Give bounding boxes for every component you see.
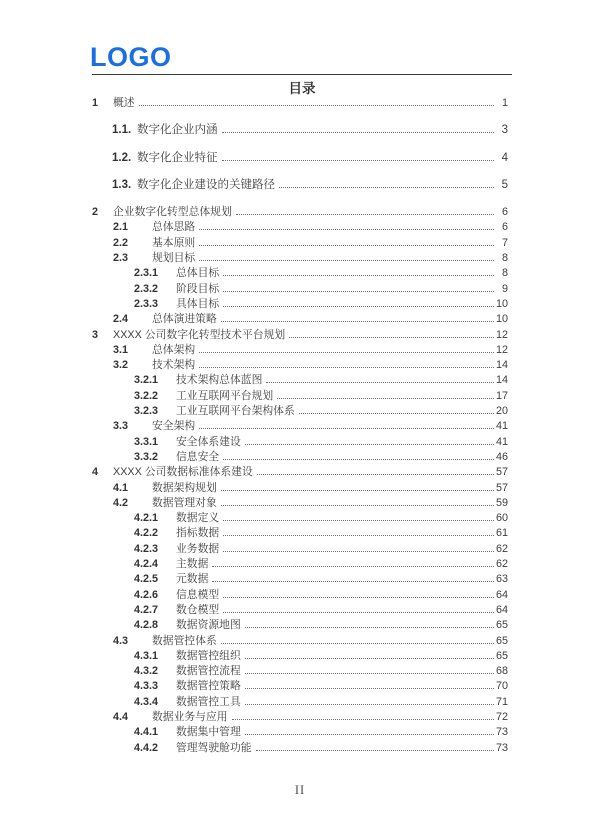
toc-leader-dots (199, 260, 494, 261)
toc-entry-number: 1 (92, 96, 113, 111)
toc-entry-page: 8 (496, 266, 508, 281)
toc-leader-dots (199, 367, 494, 368)
toc-entry-title: 数字化企业内涵 (137, 123, 220, 138)
toc-entry-number: 2.4 (113, 312, 152, 327)
toc-entry-number: 4.2 (113, 496, 152, 511)
toc-leader-dots (299, 413, 494, 414)
toc-entry-title: 技术架构总体蓝图 (176, 373, 264, 388)
toc-entry-title: 工业互联网平台架构体系 (176, 404, 297, 419)
toc-heading: 目录 (92, 77, 512, 97)
toc-entry[interactable]: 2.3规划目标8 (92, 251, 508, 266)
toc-leader-dots (223, 291, 494, 292)
toc-leader-dots (236, 214, 494, 215)
toc-entry-page: 73 (496, 725, 508, 740)
toc-entry-title: 总体目标 (176, 266, 221, 281)
toc-entry[interactable]: 4XXXX 公司数据标准体系建设57 (92, 465, 508, 480)
toc-entry-title: 数据定义 (176, 511, 221, 526)
toc-entry[interactable]: 4.2.6信息模型64 (92, 588, 508, 603)
toc-entry-page: 62 (496, 542, 508, 557)
toc-entry-title: XXXX 公司数字化转型技术平台规划 (113, 328, 287, 343)
toc-entry-title: 数据业务与应用 (152, 710, 230, 725)
toc-entry[interactable]: 4.2数据管理对象59 (92, 496, 508, 511)
toc-entry-number: 1.1. (112, 123, 137, 138)
toc-entry-page: 6 (496, 220, 508, 235)
toc-entry-title: 阶段目标 (176, 282, 221, 297)
toc-entry-title: 数据管控流程 (176, 664, 243, 679)
toc-entry[interactable]: 2.3.1总体目标8 (92, 266, 508, 281)
document-page: LOGO 目录 1概述11.1.数字化企业内涵31.2.数字化企业特征41.3.… (0, 0, 600, 829)
toc-entry-page: 65 (496, 634, 508, 649)
toc-leader-dots (245, 658, 494, 659)
toc-entry[interactable]: 3.2.1技术架构总体蓝图14 (92, 373, 508, 388)
toc-leader-dots (199, 352, 494, 353)
toc-entry[interactable]: 4.4.2管理驾驶舱功能73 (92, 741, 508, 756)
toc-leader-dots (232, 719, 494, 720)
toc-entry-title: 指标数据 (176, 526, 221, 541)
toc-entry-page: 1 (496, 96, 508, 111)
toc-entry-title: 数据架构规划 (152, 481, 219, 496)
toc-entry[interactable]: 3.2.3工业互联网平台架构体系20 (92, 404, 508, 419)
toc-entry-number: 4.2.8 (134, 618, 176, 633)
toc-entry-number: 3.2.1 (134, 373, 176, 388)
toc-entry-number: 4.2.3 (134, 542, 176, 557)
toc-entry-page: 57 (496, 481, 508, 496)
toc-entry-title: 元数据 (176, 572, 210, 587)
toc-entry[interactable]: 4.4数据业务与应用72 (92, 710, 508, 725)
toc-entry-page: 12 (496, 343, 508, 358)
toc-entry-page: 62 (496, 557, 508, 572)
toc-entry-number: 3.1 (113, 343, 152, 358)
toc-entry-title: 数字化企业建设的关键路径 (137, 178, 277, 193)
toc-entry-page: 65 (496, 649, 508, 664)
toc-entry-title: XXXX 公司数据标准体系建设 (113, 465, 255, 480)
toc-entry-page: 65 (496, 618, 508, 633)
toc-entry[interactable]: 2.4总体演进策略10 (92, 312, 508, 327)
toc-entry-number: 4 (92, 465, 113, 480)
toc-entry-number: 4.3.4 (134, 695, 176, 710)
toc-entry-page: 14 (496, 358, 508, 373)
toc-entry-title: 技术架构 (152, 358, 197, 373)
toc-entry-title: 工业互联网平台规划 (176, 389, 275, 404)
toc-entry-number: 3.3.1 (134, 435, 176, 450)
toc-leader-dots (245, 688, 494, 689)
toc-entry-number: 3 (92, 328, 113, 343)
footer-page-number: II (0, 783, 600, 798)
toc-entry-title: 数据管控工具 (176, 695, 243, 710)
toc-entry-page: 41 (496, 419, 508, 434)
toc-entry-title: 信息模型 (176, 588, 221, 603)
toc-entry-title: 数据管控体系 (152, 634, 219, 649)
toc-entry-title: 规划目标 (152, 251, 197, 266)
toc-entry-number: 2.3.1 (134, 266, 176, 281)
toc-entry[interactable]: 1概述1 (92, 96, 508, 111)
toc-entry-title: 数据管控策略 (176, 679, 243, 694)
toc-entry-number: 4.4.1 (134, 725, 176, 740)
toc-entry-number: 4.2.2 (134, 526, 176, 541)
toc-entry-page: 6 (496, 205, 508, 220)
toc-leader-dots (212, 566, 494, 567)
toc-leader-dots (222, 132, 495, 133)
toc-leader-dots (223, 535, 494, 536)
toc-entry-title: 数据集中管理 (176, 725, 243, 740)
toc-entry[interactable]: 4.2.4主数据62 (92, 557, 508, 572)
toc-leader-dots (245, 734, 494, 735)
toc-entry-page: 57 (496, 465, 508, 480)
toc-entry[interactable]: 2.1总体思路6 (92, 220, 508, 235)
toc-entry-title: 总体思路 (152, 220, 197, 235)
toc-entry-number: 1.2. (112, 151, 137, 166)
toc-entry[interactable]: 4.1数据架构规划57 (92, 481, 508, 496)
toc-entry-page: 68 (496, 664, 508, 679)
toc-leader-dots (245, 704, 494, 705)
toc-entry-title: 业务数据 (176, 542, 221, 557)
toc-entry-number: 2.2 (113, 236, 152, 251)
toc-entry-page: 46 (496, 450, 508, 465)
toc-leader-dots (266, 382, 494, 383)
toc-entry-title: 主数据 (176, 557, 210, 572)
toc-entry[interactable]: 4.3数据管控体系65 (92, 634, 508, 649)
toc-entry[interactable]: 3.2技术架构14 (92, 358, 508, 373)
toc-leader-dots (223, 520, 494, 521)
toc-leader-dots (256, 750, 494, 751)
toc-entry-number: 4.2.4 (134, 557, 176, 572)
toc-leader-dots (245, 627, 494, 628)
toc-entry-page: 10 (496, 312, 508, 327)
toc-entry-title: 基本原则 (152, 236, 197, 251)
toc-entry-page: 20 (496, 404, 508, 419)
company-logo: LOGO (90, 44, 172, 71)
toc-entry-page: 59 (496, 496, 508, 511)
toc-entry[interactable]: 2.2基本原则7 (92, 236, 508, 251)
toc-entry-number: 4.2.6 (134, 588, 176, 603)
toc-entry-title: 具体目标 (176, 297, 221, 312)
toc-entry[interactable]: 1.1.数字化企业内涵3 (92, 123, 508, 138)
toc-entry-number: 4.4.2 (134, 741, 176, 756)
toc-entry[interactable]: 4.2.5元数据63 (92, 572, 508, 587)
toc-entry-page: 5 (496, 178, 508, 193)
toc-entry-number: 2.3.3 (134, 297, 176, 312)
toc-entry-number: 4.4 (113, 710, 152, 725)
toc-entry-number: 4.1 (113, 481, 152, 496)
toc-entry[interactable]: 4.3.2数据管控流程68 (92, 664, 508, 679)
toc-leader-dots (257, 474, 494, 475)
toc-entry-number: 3.3.2 (134, 450, 176, 465)
toc-entry[interactable]: 4.2.8数据资源地图65 (92, 618, 508, 633)
toc-entry-page: 71 (496, 695, 508, 710)
toc-leader-dots (222, 160, 495, 161)
toc-entry[interactable]: 4.2.7数仓模型64 (92, 603, 508, 618)
toc-entry-title: 数据管理对象 (152, 496, 219, 511)
toc-entry[interactable]: 4.2.2指标数据61 (92, 526, 508, 541)
toc-entry-number: 2.3.2 (134, 282, 176, 297)
toc-leader-dots (277, 398, 494, 399)
toc-leader-dots (199, 245, 494, 246)
toc-entry-page: 73 (496, 741, 508, 756)
toc-entry-number: 2.3 (113, 251, 152, 266)
toc-leader-dots (212, 581, 494, 582)
toc-entry-number: 2 (92, 205, 113, 220)
toc-entry-title: 管理驾驶舱功能 (176, 741, 254, 756)
toc-entry-title: 信息安全 (176, 450, 221, 465)
toc-entry-title: 安全架构 (152, 419, 197, 434)
toc-entry-page: 14 (496, 373, 508, 388)
toc-entry[interactable]: 4.3.4数据管控工具71 (92, 695, 508, 710)
toc-entry[interactable]: 3.3.1安全体系建设41 (92, 435, 508, 450)
toc-entry-title: 总体演进策略 (152, 312, 219, 327)
toc-entry[interactable]: 3XXXX 公司数字化转型技术平台规划12 (92, 328, 508, 343)
toc-entry-title: 数仓模型 (176, 603, 221, 618)
toc-entry-title: 总体架构 (152, 343, 197, 358)
toc-entry-page: 72 (496, 710, 508, 725)
toc-entry-number: 3.3 (113, 419, 152, 434)
toc-entry[interactable]: 3.1总体架构12 (92, 343, 508, 358)
toc-leader-dots (223, 306, 494, 307)
toc-leader-dots (289, 337, 494, 338)
toc-leader-dots (199, 428, 494, 429)
toc-leader-dots (223, 612, 494, 613)
toc-leader-dots (199, 229, 494, 230)
toc-leader-dots (221, 321, 494, 322)
toc-entry-number: 4.3.3 (134, 679, 176, 694)
toc-entry-page: 9 (496, 282, 508, 297)
toc-leader-dots (245, 673, 494, 674)
toc-leader-dots (223, 459, 494, 460)
toc-entry-number: 2.1 (113, 220, 152, 235)
toc-entry[interactable]: 2.3.2阶段目标9 (92, 282, 508, 297)
toc-entry-page: 12 (496, 328, 508, 343)
toc-entry-title: 数据管控组织 (176, 649, 243, 664)
toc-entry-number: 3.2.3 (134, 404, 176, 419)
toc-list: 1概述11.1.数字化企业内涵31.2.数字化企业特征41.3.数字化企业建设的… (92, 96, 508, 756)
toc-entry-number: 3.2 (113, 358, 152, 373)
toc-entry-page: 61 (496, 526, 508, 541)
toc-leader-dots (279, 187, 494, 188)
toc-leader-dots (221, 643, 494, 644)
toc-entry-title: 数据资源地图 (176, 618, 243, 633)
toc-leader-dots (223, 597, 494, 598)
toc-entry[interactable]: 3.3安全架构41 (92, 419, 508, 434)
toc-entry-title: 数字化企业特征 (137, 151, 220, 166)
toc-entry-number: 4.2.7 (134, 603, 176, 618)
toc-entry[interactable]: 3.3.2信息安全46 (92, 450, 508, 465)
toc-entry-page: 8 (496, 251, 508, 266)
toc-entry-page: 64 (496, 603, 508, 618)
toc-entry-page: 7 (496, 236, 508, 251)
toc-entry-number: 4.2.5 (134, 572, 176, 587)
toc-entry[interactable]: 4.4.1数据集中管理73 (92, 725, 508, 740)
toc-leader-dots (221, 505, 494, 506)
toc-entry[interactable]: 2企业数字化转型总体规划6 (92, 205, 508, 220)
toc-leader-dots (223, 551, 494, 552)
toc-entry-page: 60 (496, 511, 508, 526)
header-rule (92, 74, 512, 75)
toc-entry-page: 4 (496, 151, 508, 166)
toc-entry-number: 3.2.2 (134, 389, 176, 404)
toc-entry[interactable]: 4.3.3数据管控策略70 (92, 679, 508, 694)
toc-entry-number: 1.3. (112, 178, 137, 193)
toc-entry[interactable]: 4.2.1数据定义60 (92, 511, 508, 526)
toc-leader-dots (223, 275, 494, 276)
toc-entry[interactable]: 1.3.数字化企业建设的关键路径5 (92, 178, 508, 193)
toc-leader-dots (245, 444, 494, 445)
toc-entry-number: 4.3.2 (134, 664, 176, 679)
toc-entry-page: 3 (496, 123, 508, 138)
toc-entry[interactable]: 1.2.数字化企业特征4 (92, 151, 508, 166)
toc-entry-page: 41 (496, 435, 508, 450)
toc-leader-dots (139, 105, 494, 106)
toc-entry-title: 企业数字化转型总体规划 (113, 205, 234, 220)
toc-leader-dots (221, 490, 494, 491)
toc-entry-title: 安全体系建设 (176, 435, 243, 450)
toc-entry-number: 4.3.1 (134, 649, 176, 664)
toc-entry[interactable]: 4.3.1数据管控组织65 (92, 649, 508, 664)
toc-entry-number: 4.2.1 (134, 511, 176, 526)
toc-entry-page: 10 (496, 297, 508, 312)
toc-entry[interactable]: 4.2.3业务数据62 (92, 542, 508, 557)
toc-entry-number: 4.3 (113, 634, 152, 649)
toc-entry-page: 70 (496, 679, 508, 694)
toc-entry-title: 概述 (113, 96, 137, 111)
toc-entry-page: 64 (496, 588, 508, 603)
toc-entry[interactable]: 3.2.2工业互联网平台规划17 (92, 389, 508, 404)
toc-entry-page: 17 (496, 389, 508, 404)
toc-entry-page: 63 (496, 572, 508, 587)
toc-entry[interactable]: 2.3.3具体目标10 (92, 297, 508, 312)
